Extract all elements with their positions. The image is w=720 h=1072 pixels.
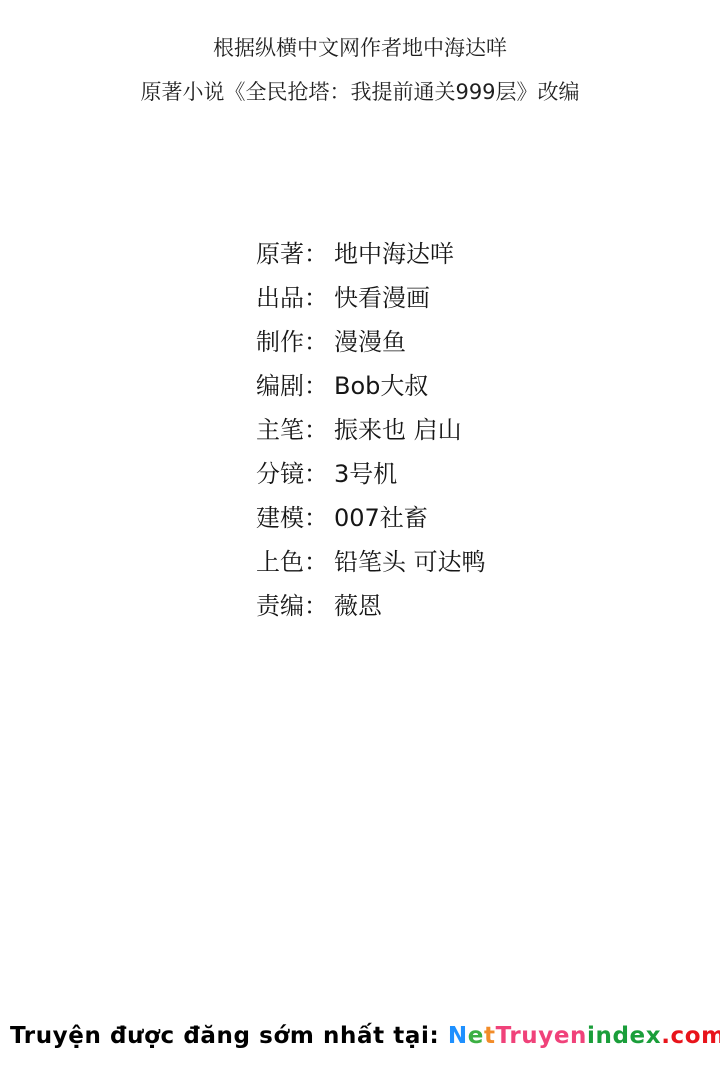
header-source-line: 根据纵横中文网作者地中海达咩 <box>0 26 720 70</box>
credit-label: 分镜： <box>256 454 334 489</box>
credit-row-coloring: 上色： 铅笔头 可达鸭 <box>256 537 486 581</box>
credit-value: 铅笔头 可达鸭 <box>334 542 486 577</box>
credit-label: 编剧： <box>256 366 334 401</box>
watermark-site-link[interactable]: NetTruyenindex.com <box>448 1023 720 1049</box>
credit-row-screenwriter: 编剧： Bob大叔 <box>256 361 486 405</box>
credit-label: 上色： <box>256 542 334 577</box>
credits-list: 原著： 地中海达咩 出品： 快看漫画 制作： 漫漫鱼 编剧： Bob大叔 主笔：… <box>256 229 486 625</box>
credit-value: 漫漫鱼 <box>334 322 406 357</box>
credit-value: 3号机 <box>334 454 397 489</box>
credit-row-production: 制作： 漫漫鱼 <box>256 317 486 361</box>
header-adaptation-line: 原著小说《全民抢塔：我提前通关999层》改编 <box>0 70 720 114</box>
credit-label: 责编： <box>256 586 334 621</box>
credit-label: 建模： <box>256 498 334 533</box>
credit-value: Bob大叔 <box>334 366 428 401</box>
site-part: .com <box>661 1023 720 1049</box>
credit-value: 振来也 启山 <box>334 410 462 445</box>
credit-row-lead-artist: 主笔： 振来也 启山 <box>256 405 486 449</box>
header: 根据纵横中文网作者地中海达咩 原著小说《全民抢塔：我提前通关999层》改编 <box>0 26 720 114</box>
credit-value: 地中海达咩 <box>334 234 454 269</box>
credit-row-modeling: 建模： 007社畜 <box>256 493 486 537</box>
credit-label: 出品： <box>256 278 334 313</box>
credit-label: 主笔： <box>256 410 334 445</box>
credit-row-editor: 责编： 薇恩 <box>256 581 486 625</box>
credit-row-original-author: 原著： 地中海达咩 <box>256 229 486 273</box>
watermark-footer: Truyện được đăng sớm nhất tại: NetTruyen… <box>10 1019 715 1053</box>
credit-label: 制作： <box>256 322 334 357</box>
credit-label: 原著： <box>256 234 334 269</box>
watermark-prefix: Truyện được đăng sớm nhất tại: <box>10 1023 448 1049</box>
credit-row-storyboard: 分镜： 3号机 <box>256 449 486 493</box>
credit-row-publisher: 出品： 快看漫画 <box>256 273 486 317</box>
credit-value: 薇恩 <box>334 586 382 621</box>
credit-value: 007社畜 <box>334 498 428 533</box>
site-part: index <box>587 1023 661 1049</box>
site-part: Truyen <box>496 1023 587 1049</box>
site-part: N <box>448 1023 468 1049</box>
credit-value: 快看漫画 <box>334 278 430 313</box>
site-part: t <box>484 1023 496 1049</box>
site-part: e <box>468 1023 484 1049</box>
